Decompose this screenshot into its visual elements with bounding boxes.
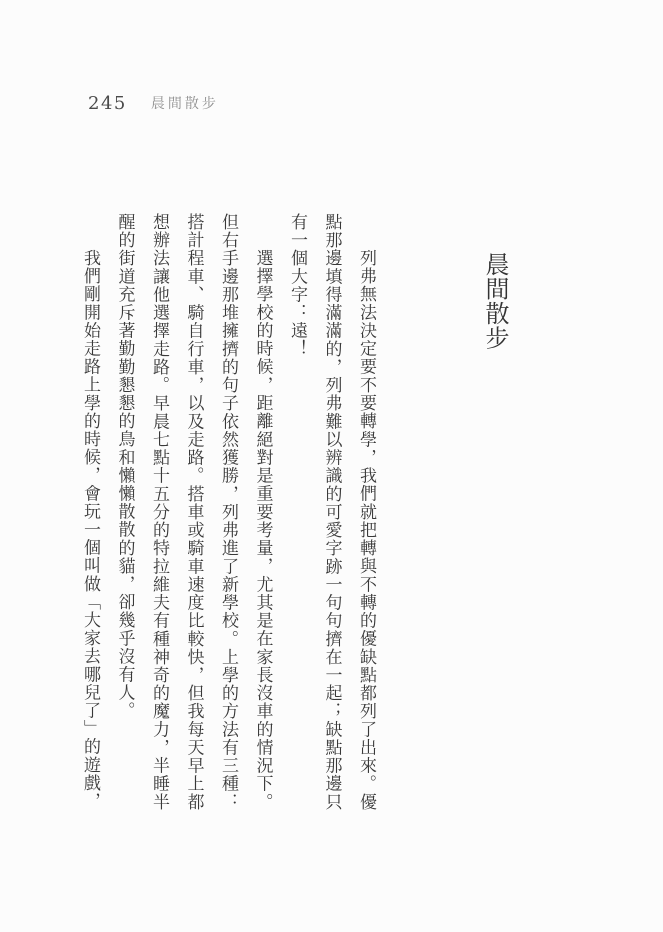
chapter-body: 晨間散步 列弗無法決定要不要轉學，我們就把轉與不轉的優缺點都列了出來。優點那邊填… bbox=[73, 213, 510, 811]
running-title: 晨間散步 bbox=[151, 96, 219, 112]
paragraph-3: 我們剛開始走路上學的時候，會玩一個叫做「大家去哪兒了」的遊戲， bbox=[73, 213, 108, 811]
page-number: 245 bbox=[88, 93, 127, 114]
chapter-title: 晨間散步 bbox=[481, 213, 509, 811]
paragraph-2: 選擇學校的時候，距離絕對是重要考量，尤其是在家長沒車的情況下。但右手邊那堆擁擠的… bbox=[107, 213, 280, 811]
running-header: 245晨間散步 bbox=[88, 94, 219, 113]
paragraph-1: 列弗無法決定要不要轉學，我們就把轉與不轉的優缺點都列了出來。優點那邊填得滿滿的，… bbox=[280, 213, 384, 811]
book-page: 245晨間散步 晨間散步 列弗無法決定要不要轉學，我們就把轉與不轉的優缺點都列了… bbox=[0, 0, 663, 932]
